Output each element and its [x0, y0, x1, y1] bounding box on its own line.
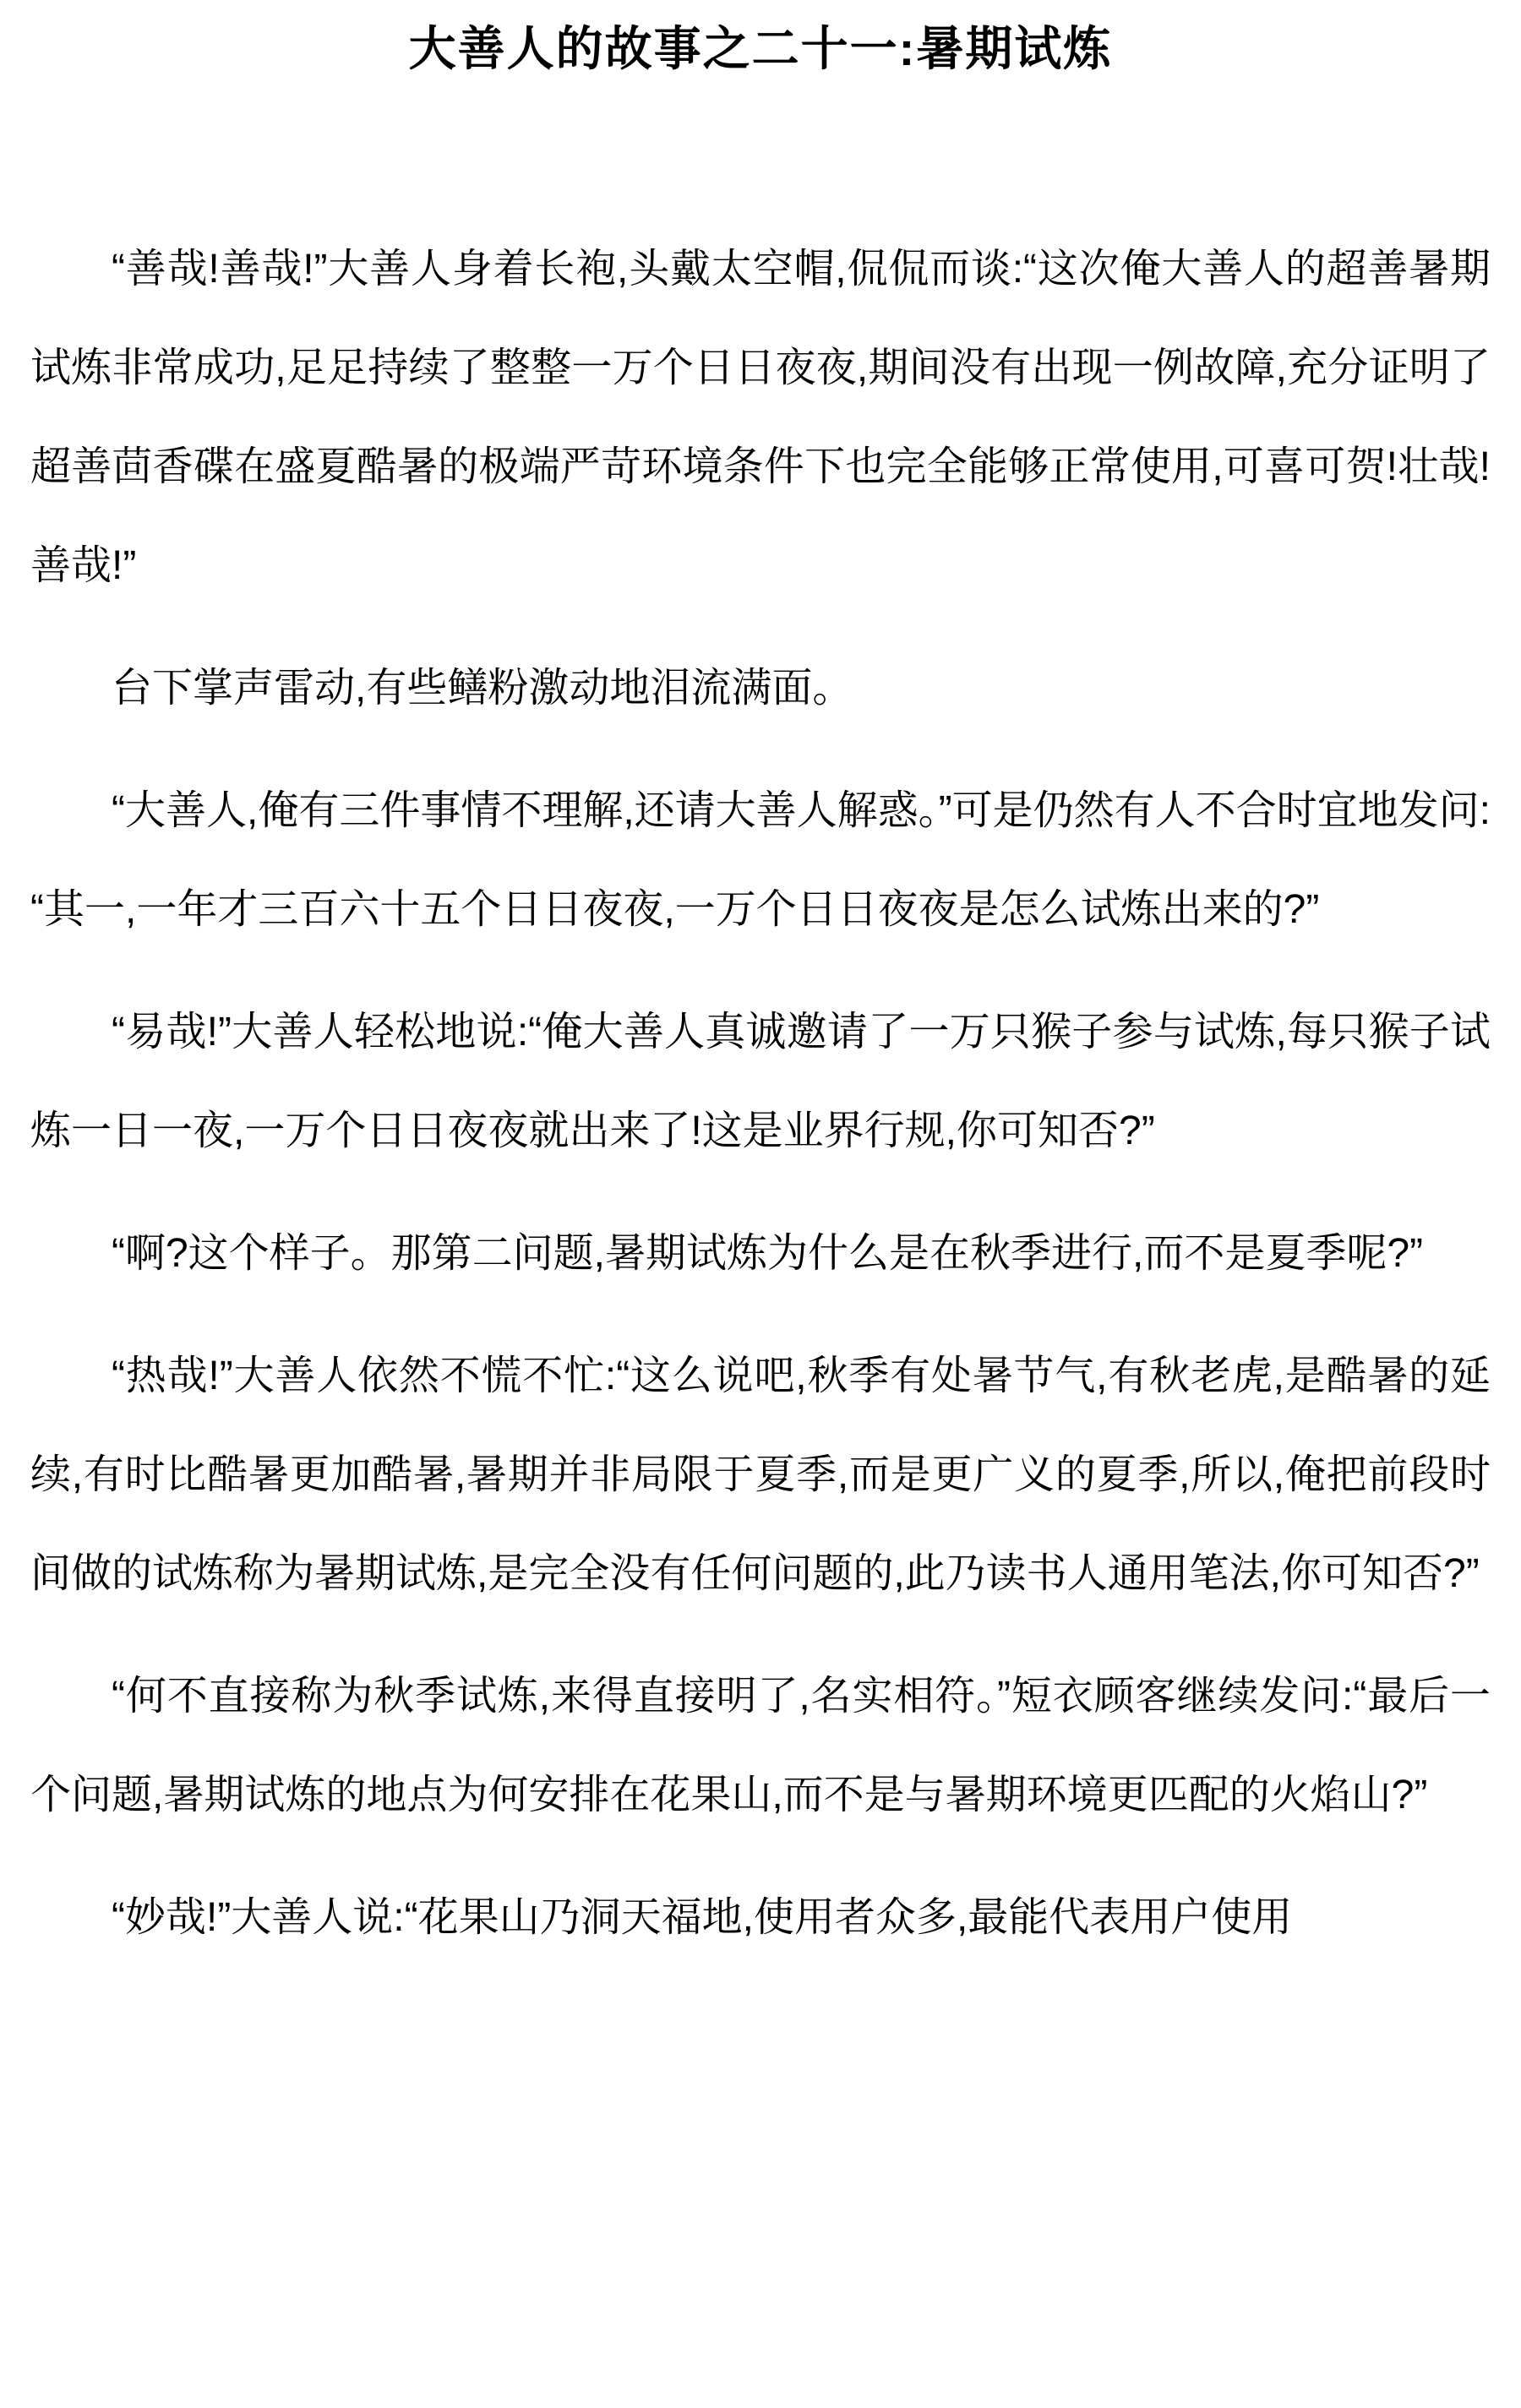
paragraph-6: “热哉!”大善人依然不慌不忙:“这么说吧,秋季有处暑节气,有秋老虎,是酷暑的延续… [30, 1327, 1491, 1623]
paragraph-3: “大善人,俺有三件事情不理解,还请大善人解惑。”可是仍然有人不合时宜地发问:“其… [30, 761, 1491, 959]
document-page: 大善人的故事之二十一:暑期试炼 “善哉!善哉!”大善人身着长袍,头戴太空帽,侃侃… [0, 0, 1521, 2408]
paragraph-7: “何不直接称为秋季试炼,来得直接明了,名实相符。”短衣顾客继续发问:“最后一个问… [30, 1647, 1491, 1844]
paragraph-4: “易哉!”大善人轻松地说:“俺大善人真诚邀请了一万只猴子参与试炼,每只猴子试炼一… [30, 983, 1491, 1180]
paragraph-2: 台下掌声雷动,有些鳝粉激动地泪流满面。 [30, 639, 1491, 738]
document-title: 大善人的故事之二十一:暑期试炼 [30, 22, 1491, 76]
paragraph-5: “啊?这个样子。那第二问题,暑期试炼为什么是在秋季进行,而不是夏季呢?” [30, 1204, 1491, 1303]
document-body: “善哉!善哉!”大善人身着长袍,头戴太空帽,侃侃而谈:“这次俺大善人的超善暑期试… [30, 220, 1491, 1967]
paragraph-8: “妙哉!”大善人说:“花果山乃洞天福地,使用者众多,最能代表用户使用 [30, 1868, 1491, 1967]
paragraph-1: “善哉!善哉!”大善人身着长袍,头戴太空帽,侃侃而谈:“这次俺大善人的超善暑期试… [30, 220, 1491, 615]
